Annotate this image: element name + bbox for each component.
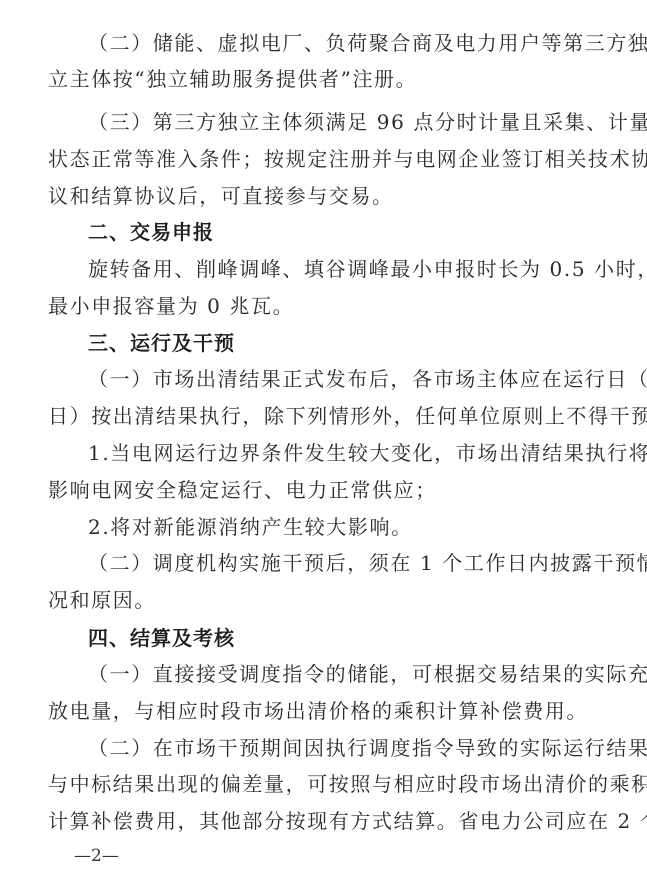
paragraph-line: （二）储能、虚拟电厂、负荷聚合商及电力用户等第三方独: [88, 31, 593, 55]
paragraph-line: 2.将对新能源消纳产生较大影响。: [88, 515, 593, 539]
section-heading-settlement-assessment: 四、结算及考核: [88, 626, 235, 650]
paragraph-line: 1.当电网运行边界条件发生较大变化，市场出清结果执行将: [88, 441, 593, 465]
paragraph-line: 议和结算协议后，可直接参与交易。: [48, 184, 593, 208]
paragraph-line: （二）调度机构实施干预后，须在 1 个工作日内披露干预情: [88, 551, 593, 575]
section-heading-trading-declaration: 二、交易申报: [88, 220, 214, 244]
paragraph-line: 立主体按“独立辅助服务提供者”注册。: [48, 67, 593, 91]
paragraph-line: （一）直接接受调度指令的储能，可根据交易结果的实际充: [88, 662, 593, 686]
paragraph-line: 放电量，与相应时段市场出清价格的乘积计算补偿费用。: [48, 699, 593, 723]
paragraph-line: （一）市场出清结果正式发布后，各市场主体应在运行日（D: [88, 367, 593, 391]
paragraph-line: （三）第三方独立主体须满足 96 点分时计量且采集、计量: [88, 110, 593, 134]
paragraph-line: （二）在市场干预期间因执行调度指令导致的实际运行结果: [88, 736, 593, 760]
section-heading-operation-intervention: 三、运行及干预: [88, 331, 235, 355]
paragraph-line: 与中标结果出现的偏差量，可按照与相应时段市场出清价的乘积: [48, 772, 593, 796]
paragraph-line: 旋转备用、削峰调峰、填谷调峰最小申报时长为 0.5 小时，: [88, 257, 593, 281]
paragraph-line: 况和原因。: [48, 588, 593, 612]
paragraph-line: 最小申报容量为 0 兆瓦。: [48, 294, 593, 318]
page-number: —2—: [74, 846, 119, 866]
paragraph-line: 状态正常等准入条件；按规定注册并与电网企业签订相关技术协: [48, 147, 593, 171]
document-page: （二）储能、虚拟电厂、负荷聚合商及电力用户等第三方独 立主体按“独立辅助服务提供…: [0, 0, 647, 876]
paragraph-line: 日）按出清结果执行，除下列情形外，任何单位原则上不得干预：: [48, 404, 593, 428]
paragraph-line: 影响电网安全稳定运行、电力正常供应；: [48, 478, 593, 502]
paragraph-line: 计算补偿费用，其他部分按现有方式结算。省电力公司应在 2 个: [48, 809, 593, 833]
